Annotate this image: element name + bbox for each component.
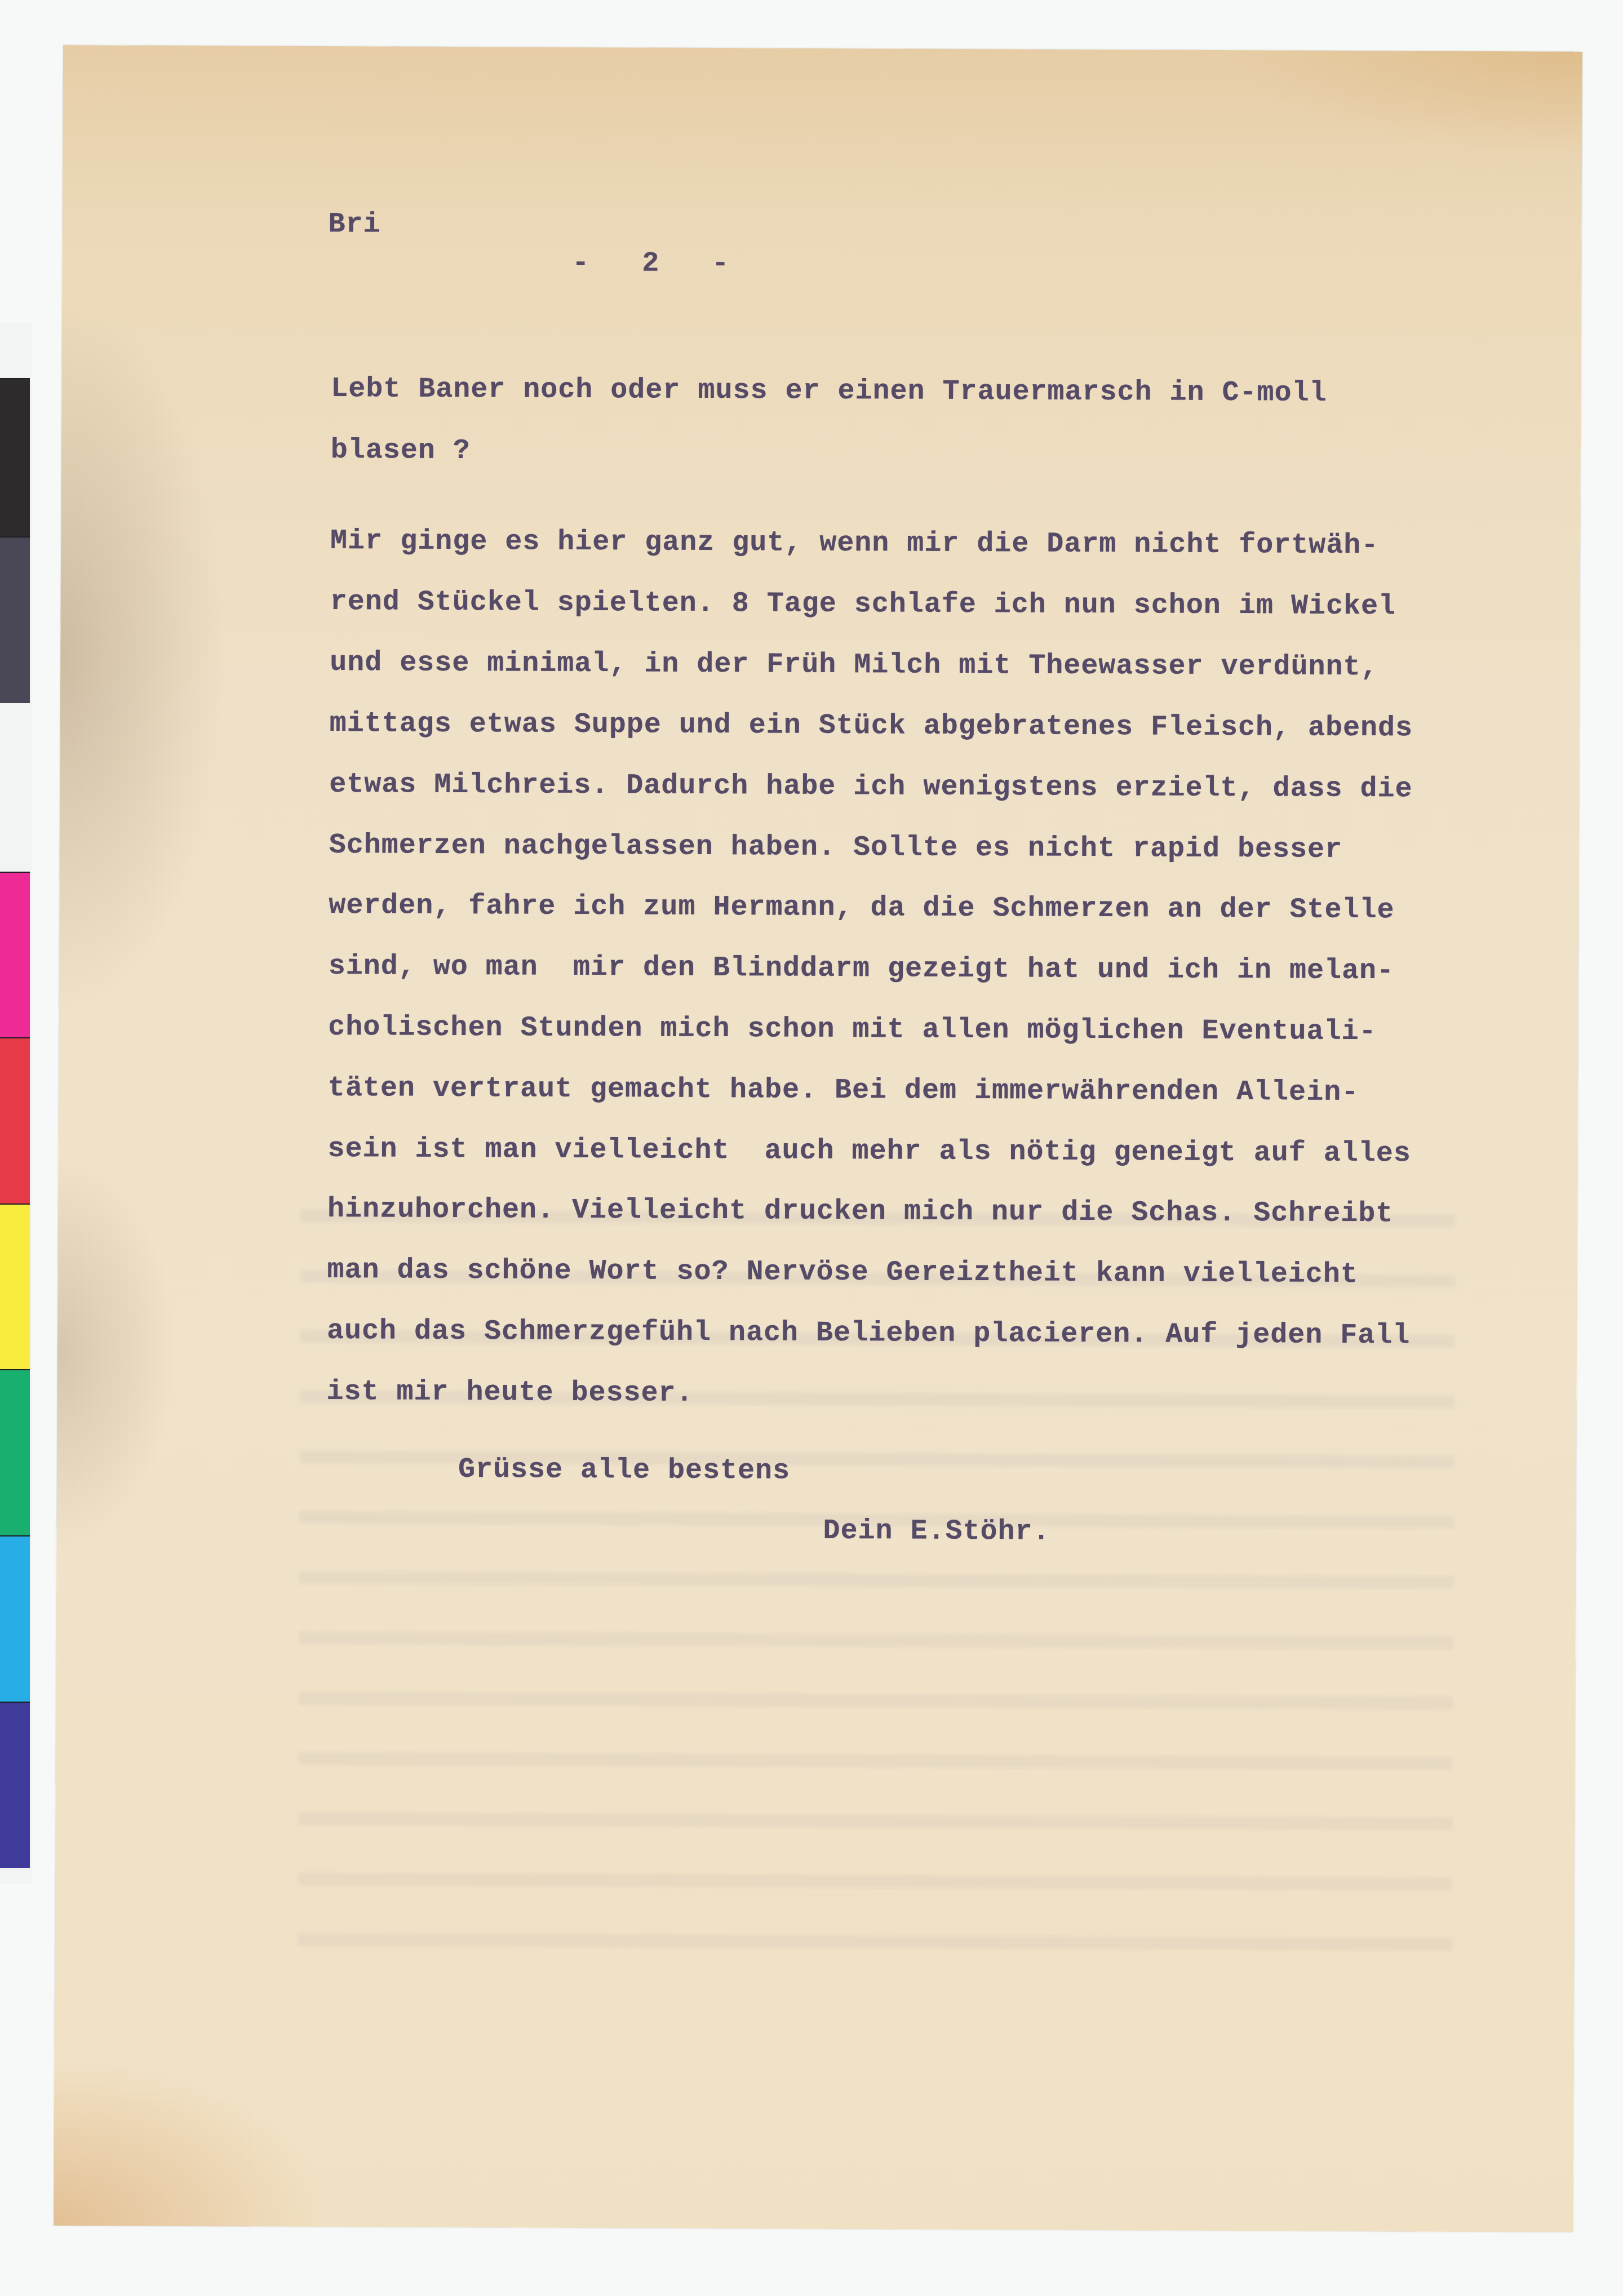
letter-page: Bri - 2 - Lebt Baner noch oder muss er e… (54, 45, 1582, 2232)
text-line: blasen ? (331, 434, 471, 467)
color-calibration-strip (0, 323, 32, 1884)
text-line: Schmerzen nachgelassen haben. Sollte es … (329, 829, 1343, 866)
text-line: und esse minimal, in der Früh Milch mit … (330, 647, 1378, 683)
text-line: hinzuhorchen. Vielleicht drucken mich nu… (327, 1193, 1394, 1230)
text-line: Mir ginge es hier ganz gut, wenn mir die… (330, 525, 1379, 562)
swatch-magenta (0, 872, 30, 1037)
swatch-red (0, 1037, 30, 1203)
typewritten-letter: Bri - 2 - Lebt Baner noch oder muss er e… (54, 45, 1582, 2232)
swatch-black (0, 378, 30, 536)
swatch-white (0, 703, 30, 872)
text-line: täten vertraut gemacht habe. Bei dem imm… (328, 1072, 1359, 1109)
text-line: mittags etwas Suppe und ein Stück abgebr… (330, 708, 1413, 744)
text-line: rend Stückel spielten. 8 Tage schlafe ic… (330, 586, 1396, 623)
swatch-yellow (0, 1203, 30, 1369)
text-line: cholischen Stunden mich schon mit allen … (328, 1011, 1377, 1048)
signature: Dein E.Stöhr. (823, 1515, 1050, 1548)
text-line: sein ist man vielleicht auch mehr als nö… (327, 1133, 1411, 1170)
text-line: Lebt Baner noch oder muss er einen Traue… (331, 373, 1327, 410)
text-line: auch das Schmerzgefühl nach Belieben pla… (327, 1315, 1411, 1352)
swatch-cyan (0, 1535, 30, 1702)
swatch-dark-gray (0, 536, 30, 703)
text-line: man das schöne Wort so? Nervöse Gereizth… (327, 1254, 1358, 1291)
text-line: etwas Milchreis. Dadurch habe ich wenigs… (329, 769, 1413, 805)
page-number: - 2 - (572, 247, 729, 280)
text-line: sind, wo man mir den Blinddarm gezeigt h… (329, 951, 1395, 987)
text-line: ist mir heute besser. (326, 1376, 693, 1410)
closing-greeting: Grüsse alle bestens (458, 1454, 790, 1487)
swatch-blue (0, 1702, 30, 1868)
swatch-green (0, 1369, 30, 1535)
reference-code: Bri (328, 208, 380, 241)
text-line: werden, fahre ich zum Hermann, da die Sc… (329, 890, 1395, 926)
